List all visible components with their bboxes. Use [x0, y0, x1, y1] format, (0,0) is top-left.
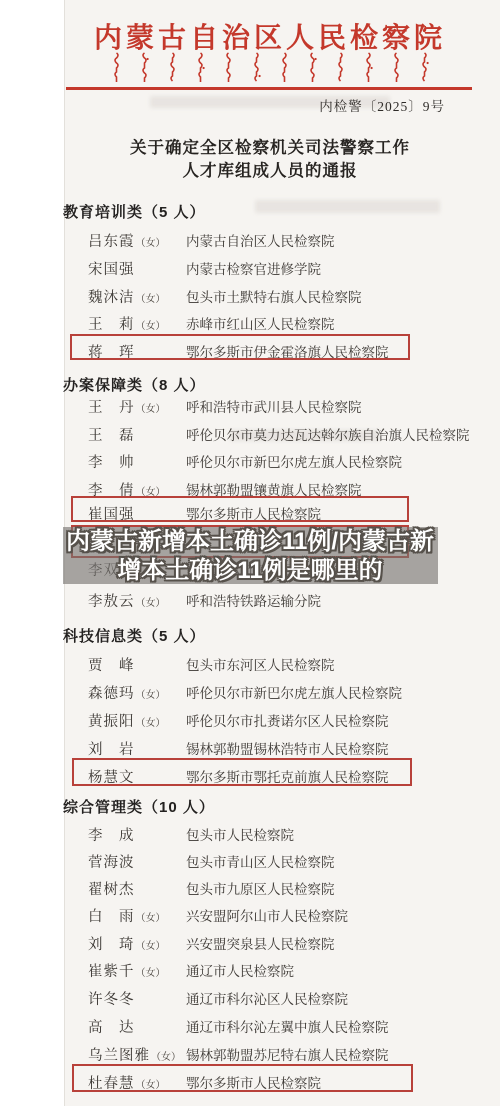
person-name: 魏沐洁（女）: [88, 286, 166, 307]
doc-number: 内检警〔2025〕9号: [65, 95, 445, 115]
person-name: 王 磊: [88, 424, 136, 445]
gender-label: （女）: [136, 690, 166, 701]
org-name: 通辽市人民检察院: [186, 960, 491, 980]
org-name: 内蒙古自治区人民检察院: [186, 230, 491, 250]
table-row: 菅海波包头市青山区人民检察院: [0, 851, 500, 871]
table-row: 贾 峰包头市东河区人民检察院: [0, 654, 500, 674]
document-page: 内蒙古自治区人民检察院 内检警〔2025〕9号 关于确定全区检察机关司法警察工作…: [0, 0, 500, 1106]
person-name: 李 帅: [88, 451, 136, 472]
person-name: 李敖云（女）: [88, 590, 166, 611]
person-name: 吕东霞（女）: [88, 230, 166, 251]
org-name: 呼伦贝尔市新巴尔虎左旗人民检察院: [186, 682, 491, 702]
mongolian-script-glyph: [364, 52, 373, 82]
org-name: 包头市东河区人民检察院: [186, 654, 491, 674]
table-row: 翟树杰包头市九原区人民检察院: [0, 878, 500, 898]
table-row: 刘 琦（女）兴安盟突泉县人民检察院: [0, 933, 500, 953]
person-name: 高 达: [88, 1016, 136, 1037]
table-row: 崔紫千（女）通辽市人民检察院: [0, 960, 500, 980]
gender-label: （女）: [136, 718, 166, 729]
highlight-box: [71, 496, 409, 522]
gender-label: （女）: [136, 294, 166, 305]
org-name: 通辽市科尔沁左翼中旗人民检察院: [186, 1016, 491, 1036]
person-name: 森德玛（女）: [88, 682, 166, 703]
mongolian-script-glyph: [392, 52, 401, 82]
person-name: 宋国强: [88, 258, 136, 279]
org-name: 呼伦贝尔市莫力达瓦达斡尔族自治旗人民检察院: [186, 424, 491, 444]
bleedthrough-artifact: [255, 200, 440, 213]
person-name: 菅海波: [88, 851, 136, 872]
gender-label: （女）: [136, 404, 166, 415]
person-name: 贾 峰: [88, 654, 136, 675]
person-name: 刘 琦（女）: [88, 933, 166, 954]
highlight-box: [72, 758, 412, 786]
mongolian-script-row: [65, 52, 475, 84]
mongolian-script-glyph: [252, 52, 261, 82]
table-row: 吕东霞（女）内蒙古自治区人民检察院: [0, 230, 500, 250]
title-line-1: 关于确定全区检察机关司法警察工作: [65, 136, 475, 159]
org-name: 呼伦贝尔市新巴尔虎左旗人民检察院: [186, 451, 491, 471]
person-name: 崔紫千（女）: [88, 960, 166, 981]
org-name: 包头市青山区人民检察院: [186, 851, 491, 871]
red-divider: [66, 87, 472, 90]
gender-label: （女）: [136, 238, 166, 249]
org-name: 兴安盟突泉县人民检察院: [186, 933, 491, 953]
org-name: 锡林郭勒盟苏尼特右旗人民检察院: [186, 1044, 491, 1064]
section-heading: 科技信息类（5 人）: [63, 625, 206, 645]
table-row: 王 丹（女）呼和浩特市武川县人民检察院: [0, 396, 500, 416]
org-name: 包头市土默特右旗人民检察院: [186, 286, 491, 306]
mongolian-script-glyph: [196, 52, 205, 82]
org-name: 呼伦贝尔市扎赉诺尔区人民检察院: [186, 710, 491, 730]
section-heading: 综合管理类（10 人）: [63, 796, 215, 816]
mongolian-script-glyph: [336, 52, 345, 82]
highlight-box: [72, 1064, 413, 1092]
table-row: 乌兰图雅（女）锡林郭勒盟苏尼特右旗人民检察院: [0, 1044, 500, 1064]
person-name: 乌兰图雅（女）: [88, 1044, 181, 1065]
gender-label: （女）: [136, 321, 166, 332]
letterhead-title: 内蒙古自治区人民检察院: [65, 16, 475, 56]
person-name: 李 成: [88, 824, 136, 845]
title-line-2: 人才库组成人员的通报: [65, 159, 475, 182]
gender-label: （女）: [136, 598, 166, 609]
person-name: 许冬冬: [88, 988, 136, 1009]
org-name: 包头市九原区人民检察院: [186, 878, 491, 898]
table-row: 白 雨（女）兴安盟阿尔山市人民检察院: [0, 905, 500, 925]
table-row: 许冬冬通辽市科尔沁区人民检察院: [0, 988, 500, 1008]
gender-label: （女）: [136, 941, 166, 952]
person-name: 王 丹（女）: [88, 396, 166, 417]
org-name: 赤峰市红山区人民检察院: [186, 313, 491, 333]
org-name: 通辽市科尔沁区人民检察院: [186, 988, 491, 1008]
mongolian-script-glyph: [280, 52, 289, 82]
mongolian-script-glyph: [140, 52, 149, 82]
gender-label: （女）: [136, 913, 166, 924]
gender-label: （女）: [151, 1052, 181, 1063]
table-row: 森德玛（女）呼伦贝尔市新巴尔虎左旗人民检察院: [0, 682, 500, 702]
section-heading: 办案保障类（8 人）: [63, 374, 206, 394]
table-row: 王 莉（女）赤峰市红山区人民检察院: [0, 313, 500, 333]
table-row: 魏沐洁（女）包头市土默特右旗人民检察院: [0, 286, 500, 306]
org-name: 呼和浩特铁路运输分院: [186, 590, 491, 610]
mongolian-script-glyph: [224, 52, 233, 82]
person-name: 刘 岩: [88, 738, 136, 759]
table-row: 宋国强内蒙古检察官进修学院: [0, 258, 500, 278]
highlight-box: [70, 334, 410, 360]
mongolian-script-glyph: [420, 52, 429, 82]
gender-label: （女）: [136, 968, 166, 979]
section-heading: 教育培训类（5 人）: [63, 201, 206, 221]
table-row: 黄振阳（女）呼伦贝尔市扎赉诺尔区人民检察院: [0, 710, 500, 730]
table-row: 李敖云（女）呼和浩特铁路运输分院: [0, 590, 500, 610]
person-name: 翟树杰: [88, 878, 136, 899]
person-name: 王 莉（女）: [88, 313, 166, 334]
mongolian-script-glyph: [168, 52, 177, 82]
org-name: 内蒙古检察官进修学院: [186, 258, 491, 278]
caption-overlay: 内蒙古新增本土确诊11例/内蒙古新 增本土确诊11例是哪里的: [38, 527, 462, 585]
caption-line-2: 增本土确诊11例是哪里的: [38, 556, 462, 585]
table-row: 李 成包头市人民检察院: [0, 824, 500, 844]
person-name: 黄振阳（女）: [88, 710, 166, 731]
mongolian-script-glyph: [112, 52, 121, 82]
person-name: 白 雨（女）: [88, 905, 166, 926]
page-title: 关于确定全区检察机关司法警察工作 人才库组成人员的通报: [65, 136, 475, 182]
org-name: 兴安盟阿尔山市人民检察院: [186, 905, 491, 925]
caption-line-1: 内蒙古新增本土确诊11例/内蒙古新: [38, 527, 462, 556]
org-name: 呼和浩特市武川县人民检察院: [186, 396, 491, 416]
table-row: 刘 岩锡林郭勒盟锡林浩特市人民检察院: [0, 738, 500, 758]
table-row: 王 磊呼伦贝尔市莫力达瓦达斡尔族自治旗人民检察院: [0, 424, 500, 444]
org-name: 锡林郭勒盟锡林浩特市人民检察院: [186, 738, 491, 758]
table-row: 李 帅呼伦贝尔市新巴尔虎左旗人民检察院: [0, 451, 500, 471]
mongolian-script-glyph: [308, 52, 317, 82]
table-row: 高 达通辽市科尔沁左翼中旗人民检察院: [0, 1016, 500, 1036]
org-name: 包头市人民检察院: [186, 824, 491, 844]
